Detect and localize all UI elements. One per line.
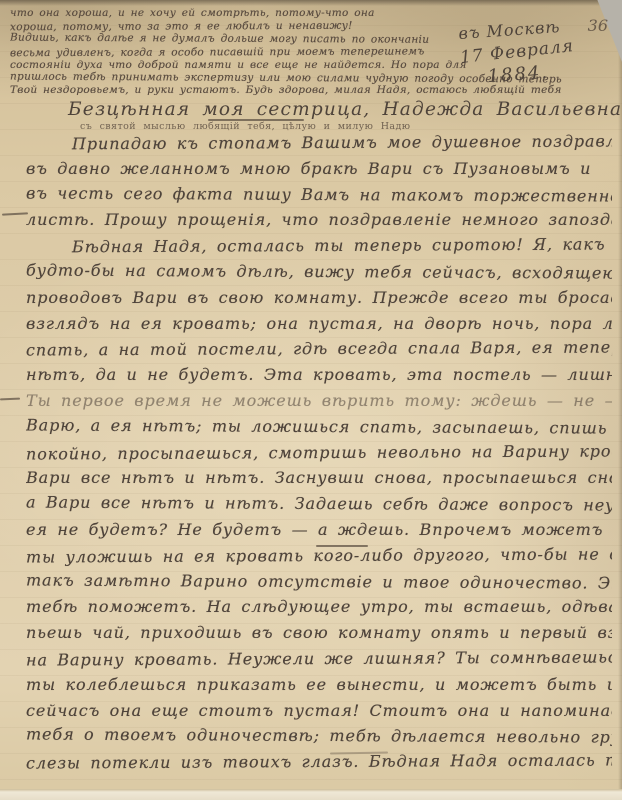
body-line: нѣтъ, да и не будетъ. Эта кровать, эта п… [26, 362, 612, 388]
scan-edge-right [618, 0, 622, 800]
body-line: Вари все нѣтъ и нѣтъ. Заснувши снова, пр… [26, 465, 612, 491]
body-line-smudged: Ты первое время не можешь вѣрить тому: ж… [26, 388, 612, 414]
body-line: а Вари все нѣтъ и нѣтъ. Задаешь себѣ даж… [26, 490, 612, 519]
body-line: тебя о твоемъ одиночествѣ; тебѣ дѣлается… [26, 722, 612, 751]
body-line: сейчасъ она еще стоитъ пустая! Стоитъ он… [26, 698, 612, 724]
body-line: спать, а на той постели, гдѣ всегда спал… [26, 335, 612, 364]
scanned-letter-page: что она хороша, и не хочу ей смотрѣть, п… [0, 0, 622, 800]
postscript-line: что она хороша, и не хочу ей смотрѣть, п… [10, 7, 562, 20]
body-line: Бѣдная Надя, осталась ты теперь сиротою!… [26, 232, 612, 261]
scan-edge-bottom [0, 789, 622, 800]
body-line: такъ замѣтно Варино отсутствіе и твое од… [26, 567, 612, 596]
body-line: листѣ. Прошу прощенія, что поздравленіе … [26, 207, 612, 233]
scan-edge-top [0, 0, 622, 6]
ink-underline [316, 545, 368, 547]
body-line: въ честь сего факта пишу Вамъ на такомъ … [26, 180, 612, 209]
body-line: покойно, просыпаешься, смотришь невольно… [26, 438, 612, 467]
body-line: Припадаю къ стопамъ Вашимъ мое душевное … [26, 128, 612, 157]
body-line: въ давно желанномъ мною бракѣ Вари съ Пу… [26, 156, 612, 182]
body-line: ея не будетъ? Не будетъ — а ждешь. Впроч… [26, 517, 612, 543]
body-line: на Варину кровать. Неужели же лишняя? Ты… [26, 644, 612, 673]
dateline: въ Москвѣ 17 Февраля 1884. [458, 16, 576, 89]
body-line: пьешь чай, приходишь въ свою комнату опя… [26, 620, 612, 646]
body-line: будто-бы на самомъ дѣлѣ, вижу тебя сейча… [26, 257, 612, 286]
salutation: Безцѣнная моя сестрица, Надежда Васильев… [68, 99, 622, 120]
body-line: слезы потекли изъ твоихъ глазъ. Бѣдная Н… [26, 748, 612, 777]
page-number: 36 [588, 16, 608, 35]
body-line: Варю, а ея нѣтъ; ты ложишься спать, засы… [26, 412, 612, 441]
body-line: проводовъ Вари въ свою комнату. Прежде в… [26, 285, 612, 311]
body-line: тебѣ поможетъ. На слѣдующее утро, ты вст… [26, 594, 612, 620]
body-line: взглядъ на ея кровать; она пустая, на дв… [26, 311, 612, 337]
letter-body: Припадаю къ стопамъ Вашимъ мое душевное … [26, 130, 612, 775]
ink-underline [208, 119, 304, 121]
body-line: ты колеблешься приказать ее вынести, и м… [26, 672, 612, 698]
